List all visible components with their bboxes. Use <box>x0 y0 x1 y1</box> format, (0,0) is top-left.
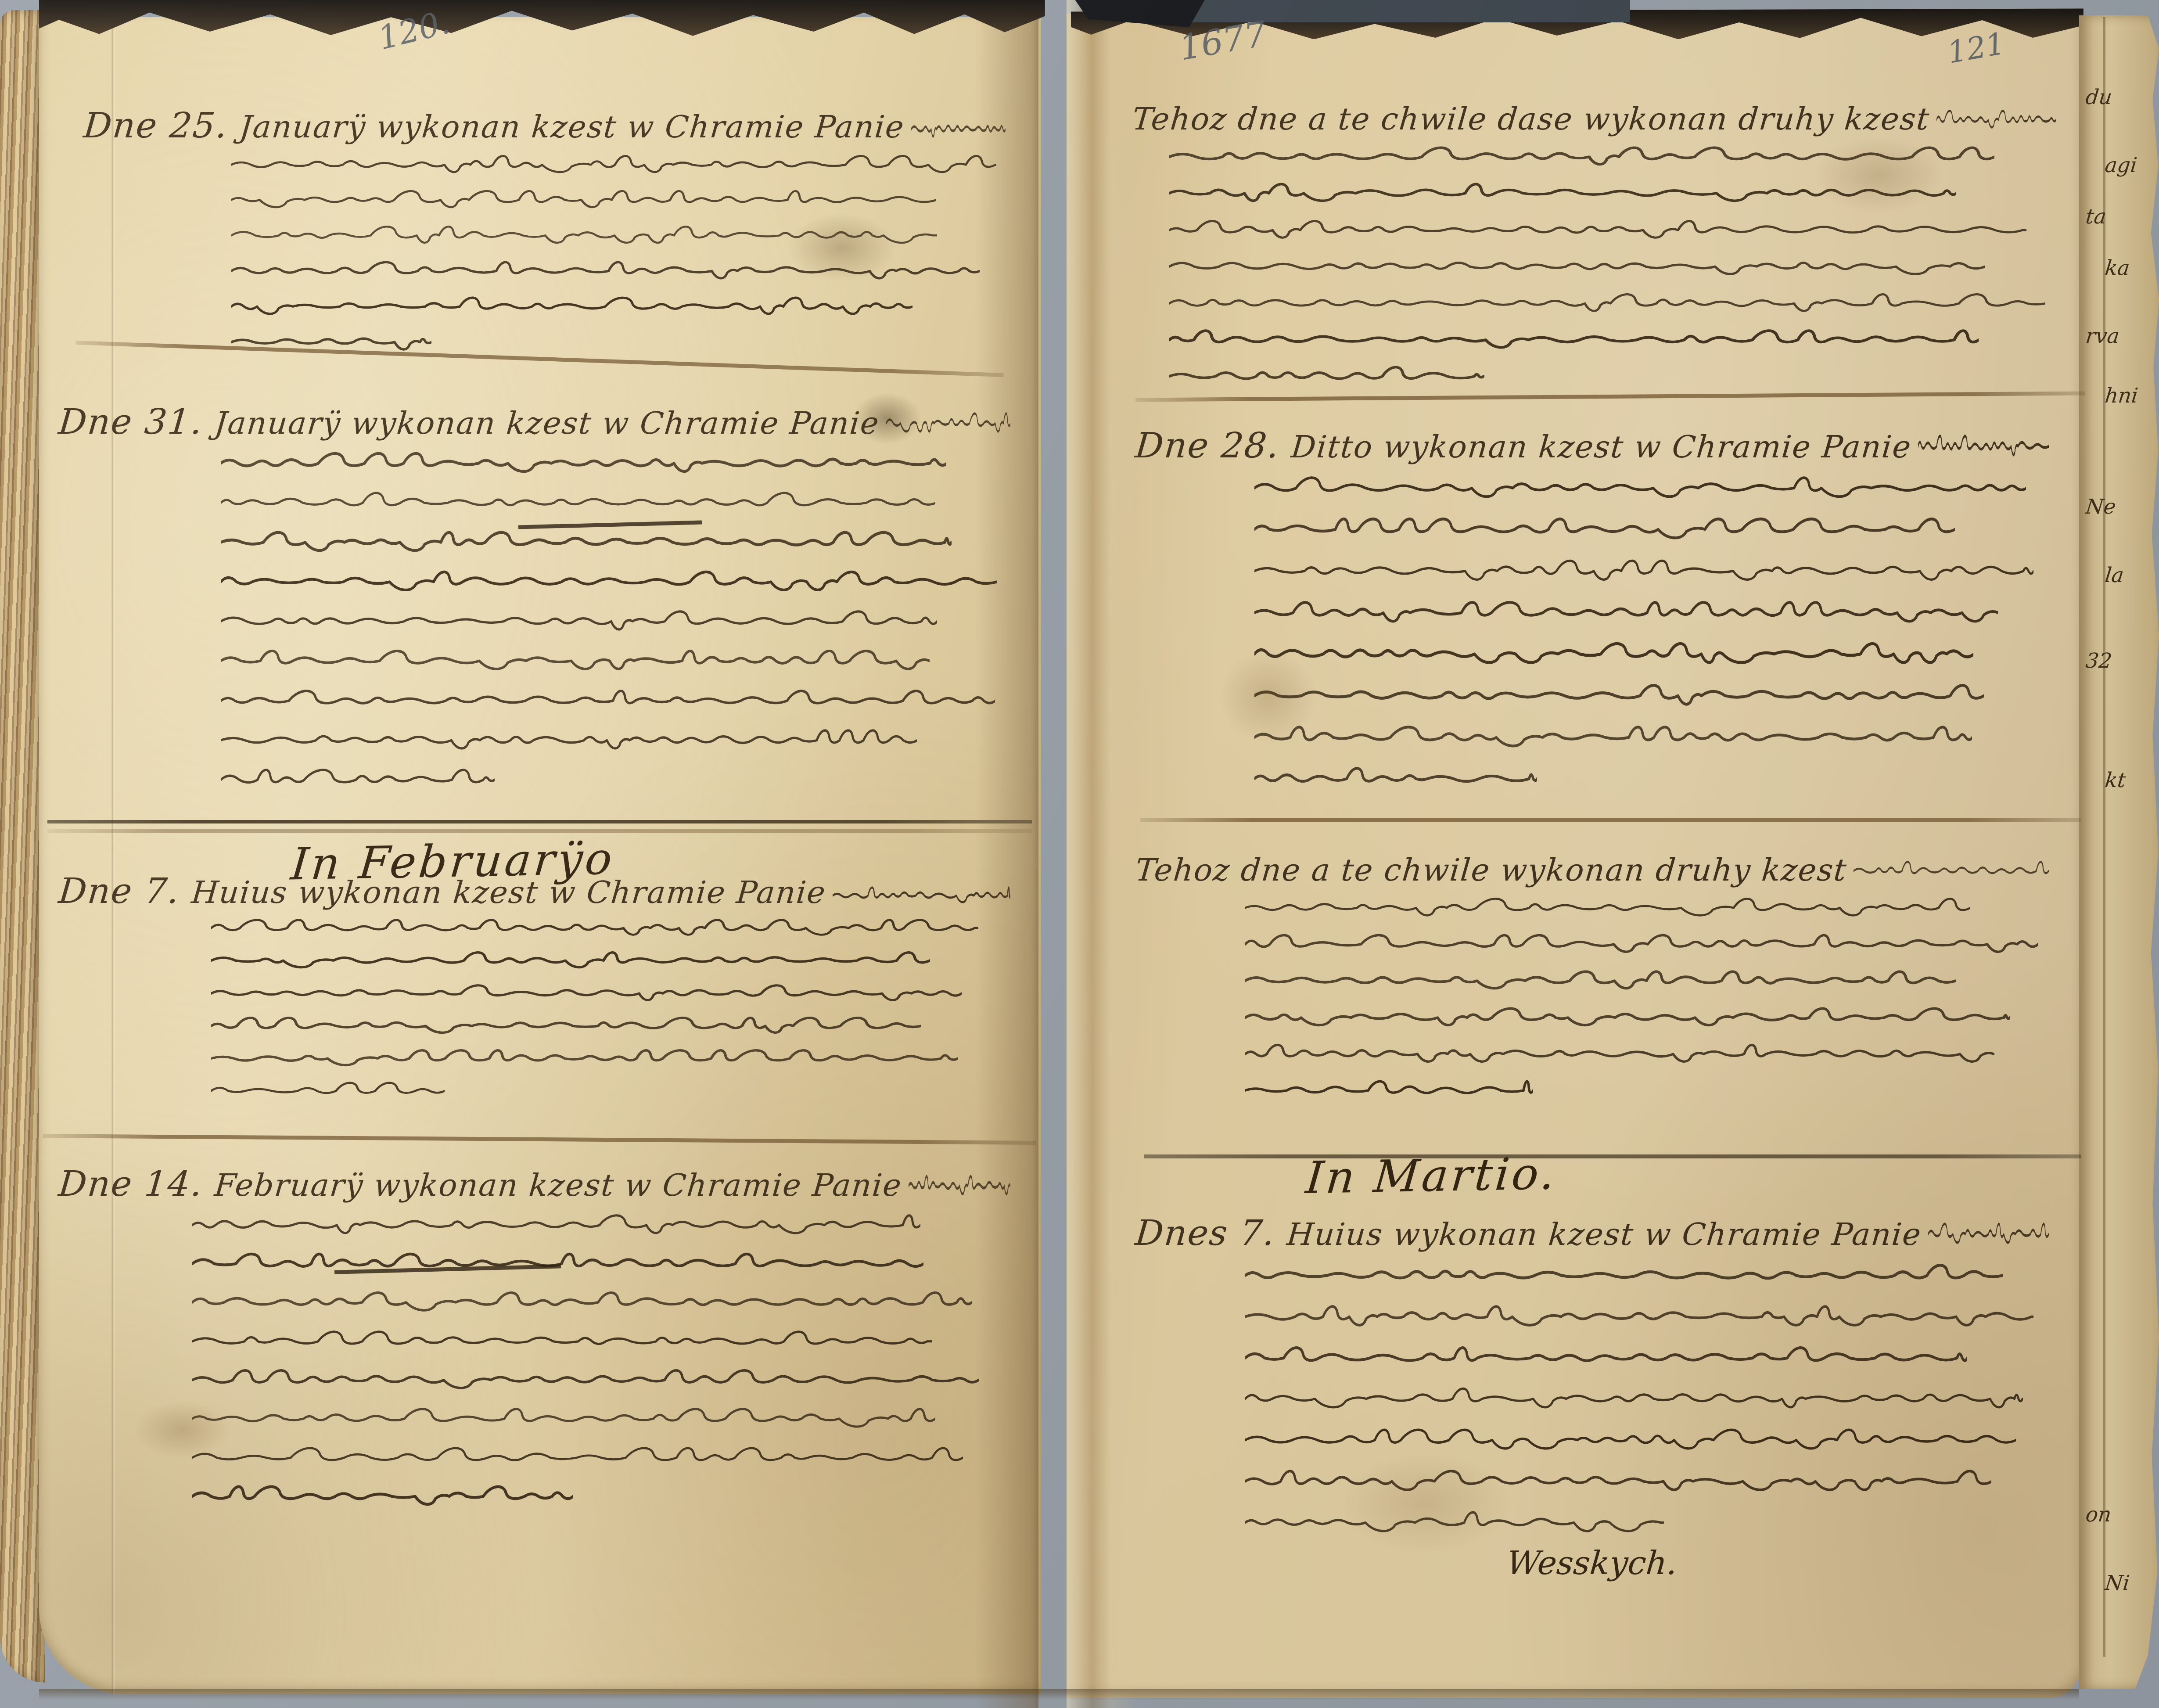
entry-lead: Tehoz dne a te chwile wykonan druhy kzes… <box>1134 855 1855 886</box>
handwriting-scribble <box>192 1290 972 1318</box>
handwriting-scribble <box>231 153 996 179</box>
handwriting-scribble <box>1254 640 1973 670</box>
month-heading-february: In Februarÿo <box>289 832 617 890</box>
handwriting-scribble <box>221 529 952 558</box>
handwriting-scribble <box>211 917 978 941</box>
handwriting-scribble <box>221 569 997 597</box>
handwriting-scribble <box>1245 1079 1533 1105</box>
entry-date-and-lead: Dnes 7. Huius wykonan kzest w Chramie Pa… <box>1134 1215 1930 1251</box>
handwriting-scribble <box>231 259 980 285</box>
entry-date-label: Dnes 7. <box>1134 1212 1289 1253</box>
entry-date-label: Dne 25. <box>82 105 242 146</box>
handwriting-scribble <box>1245 1006 2010 1032</box>
handwriting-line <box>211 974 1010 1006</box>
handwriting-line <box>1254 587 2049 629</box>
handwriting-scribble <box>211 983 962 1006</box>
handwriting-line <box>1254 546 2049 587</box>
handwriting-scribble <box>192 1406 935 1434</box>
baptism-entry-L1: Dne 25. Januarÿ wykonan kzest w Chramie … <box>84 108 1006 356</box>
handwriting-line <box>1245 1415 2049 1456</box>
handwriting-line <box>231 214 1006 250</box>
handwriting-line <box>192 1473 1011 1511</box>
handwriting-scribble <box>1169 145 1994 171</box>
handwriting-scribble <box>1254 682 1984 712</box>
handwriting-scribble <box>192 1445 963 1473</box>
handwriting-scribble <box>1245 1042 1994 1068</box>
handwriting-scribble <box>192 1367 979 1395</box>
handwriting-scribble <box>221 727 917 756</box>
handwriting-scribble <box>231 295 912 320</box>
handwriting-line <box>1245 1456 2049 1498</box>
fore-edge-text-fragment: la <box>2104 564 2125 587</box>
handwriting-scribble <box>1254 516 1955 546</box>
handwriting-scribble <box>231 224 937 249</box>
handwriting-scribble <box>1169 291 2045 318</box>
handwriting-line <box>231 179 1006 214</box>
fore-edge-text-fragment: rva <box>2084 324 2120 348</box>
register-page-right: Tehoz dne a te chwile dase wykonan druhy… <box>1067 14 2081 1698</box>
handwriting-scribble <box>1169 328 1979 354</box>
baptism-entry-R1: Tehoz dne a te chwile dase wykonan druhy… <box>1132 98 2056 391</box>
handwriting-scribble <box>1928 1221 2049 1251</box>
handwriting-scribble <box>221 490 935 518</box>
fore-edge-seam <box>2103 17 2105 1657</box>
handwriting-scribble <box>192 1212 921 1241</box>
handwriting-line <box>211 1039 1010 1071</box>
fore-edge-text-fragment: kt <box>2104 769 2127 792</box>
handwriting-scribble <box>221 450 946 479</box>
entry-date-label: Dne 14. <box>57 1163 217 1204</box>
book-cover-sliver <box>1133 0 1630 22</box>
handwriting-line <box>221 478 1011 518</box>
handwriting-scribble <box>1254 475 2026 504</box>
fore-edge-text-fragment: Ni <box>2104 1571 2131 1595</box>
handwriting-line <box>1169 354 2056 391</box>
handwriting-line <box>1245 1032 2049 1068</box>
handwriting-line <box>221 597 1011 637</box>
handwriting-scribble <box>192 1484 573 1512</box>
handwriting-line <box>1169 171 2056 208</box>
handwriting-line <box>231 143 1006 179</box>
entry-date-and-lead: Dne 25. Januarÿ wykonan kzest w Chramie … <box>83 108 913 143</box>
handwriting-line <box>1245 1333 2049 1374</box>
entry-separator-rule <box>1144 1154 2081 1158</box>
handwriting-line: Tehoz dne a te chwile dase wykonan druhy… <box>1132 98 2056 134</box>
handwriting-scribble <box>1254 765 1538 795</box>
handwriting-line: Dne 25. Januarÿ wykonan kzest w Chramie … <box>84 108 1006 143</box>
handwriting-line <box>192 1279 1011 1318</box>
handwriting-scribble <box>1854 859 2049 885</box>
handwriting-line <box>1245 959 2049 995</box>
handwriting-scribble <box>211 950 930 973</box>
entry-date-and-lead: Dne 31. Januarÿ wykonan kzest w Chramie … <box>57 404 888 439</box>
handwriting-scribble <box>1169 218 2026 245</box>
handwriting-line <box>1169 134 2056 171</box>
entry-separator-rule <box>1140 818 2081 822</box>
baptism-entry-R4: Dnes 7. Huius wykonan kzest w Chramie Pa… <box>1135 1209 2049 1580</box>
baptism-entry-R2: Dne 28. Ditto wykonan kzest w Chramie Pa… <box>1135 421 2049 795</box>
handwriting-line <box>1169 245 2056 281</box>
handwriting-line: Dnes 7. Huius wykonan kzest w Chramie Pa… <box>1135 1209 2049 1251</box>
handwriting-line <box>192 1356 1011 1395</box>
entry-separator-rule <box>47 820 1032 824</box>
handwriting-line <box>1254 463 2049 504</box>
handwriting-line <box>1169 208 2056 244</box>
handwriting-scribble <box>211 1015 921 1039</box>
handwriting-line: Dne 31. Januarÿ wykonan kzest w Chramie … <box>59 399 1010 439</box>
deckle-page-edges-left <box>0 10 45 1682</box>
handwriting-line <box>192 1201 1011 1240</box>
handwriting-scribble <box>1245 1385 2023 1415</box>
handwriting-scribble <box>1169 255 1985 281</box>
entry-date-label: Dne 28. <box>1134 425 1293 466</box>
baptism-entry-L3: Dne 7. Huius wykonan kzest w Chramie Pan… <box>59 876 1010 1104</box>
handwriting-line <box>1245 922 2049 959</box>
gutter-fold <box>1067 0 1140 1708</box>
handwriting-line <box>211 1072 1010 1104</box>
handwriting-scribble <box>211 1080 444 1104</box>
handwriting-line <box>1254 629 2049 671</box>
handwriting-line <box>192 1434 1011 1473</box>
entry-final-word: Wesskych. <box>1134 1547 2050 1580</box>
handwriting-scribble <box>192 1329 932 1357</box>
handwriting-line: Tehoz dne a te chwile wykonan druhy kzes… <box>1135 849 2049 885</box>
handwriting-scribble <box>1245 969 1956 995</box>
handwriting-scribble <box>1254 557 2033 587</box>
handwriting-scribble <box>1936 108 2056 134</box>
handwriting-line <box>1254 712 2049 754</box>
baptism-entry-R3: Tehoz dne a te chwile wykonan druhy kzes… <box>1135 849 2049 1105</box>
fore-edge-text-fragment: agi <box>2104 154 2138 177</box>
fore-edge-text-fragment: du <box>2084 86 2113 109</box>
handwriting-scribble <box>231 188 936 214</box>
bottom-page-shadow <box>39 1689 2079 1699</box>
handwriting-line <box>1169 281 2056 317</box>
fore-edge-text-fragment: 32 <box>2084 649 2113 673</box>
entry-date-label: Dne 31. <box>57 401 217 442</box>
handwriting-scribble <box>1245 1345 1967 1374</box>
photograph-background: Dne 25. Januarÿ wykonan kzest w Chramie … <box>0 0 2159 1708</box>
handwriting-line <box>1245 885 2049 922</box>
handwriting-line <box>1245 1498 2049 1539</box>
handwriting-scribble <box>1245 1262 2003 1292</box>
fore-edge-text-fragment: ka <box>2104 256 2131 280</box>
handwriting-line <box>1245 1374 2049 1415</box>
handwriting-line <box>231 285 1006 320</box>
handwriting-line: Dne 14. Februarÿ wykonan kzest w Chramie… <box>59 1163 1010 1201</box>
handwriting-line <box>221 676 1011 716</box>
fore-edge-text-fragment: ta <box>2084 205 2107 229</box>
handwriting-line <box>1245 995 2049 1032</box>
handwriting-line <box>1245 1251 2049 1292</box>
baptism-entry-L4: Dne 14. Februarÿ wykonan kzest w Chramie… <box>59 1163 1010 1512</box>
handwriting-line <box>211 941 1010 974</box>
handwriting-line <box>1169 318 2056 354</box>
baptism-entry-L2: Dne 31. Januarÿ wykonan kzest w Chramie … <box>59 399 1010 795</box>
handwriting-scribble <box>1245 1468 1992 1498</box>
handwriting-line <box>211 1006 1010 1039</box>
entry-separator-rule <box>47 829 1032 833</box>
handwriting-line <box>1245 1292 2049 1333</box>
handwriting-line <box>221 756 1011 795</box>
handwriting-line <box>192 1318 1011 1356</box>
handwriting-line <box>192 1240 1011 1279</box>
handwriting-line <box>1254 754 2049 795</box>
entry-date-and-lead: Dne 14. Februarÿ wykonan kzest w Chramie… <box>57 1166 910 1201</box>
entry-date-label: Dne 7. <box>57 870 194 911</box>
gutter-shadow <box>976 0 1038 1708</box>
handwriting-scribble <box>1245 1303 2033 1333</box>
handwriting-line <box>221 439 1011 478</box>
handwriting-scribble <box>1245 1509 1664 1539</box>
handwriting-scribble <box>1245 896 1970 922</box>
handwriting-line <box>1245 1068 2049 1105</box>
entry-lead: Tehoz dne a te chwile dase wykonan druhy… <box>1131 104 1938 135</box>
entry-date-and-lead: Dne 28. Ditto wykonan kzest w Chramie Pa… <box>1134 428 1920 463</box>
handwriting-scribble <box>1254 599 1998 629</box>
handwriting-scribble <box>221 688 995 716</box>
handwriting-line <box>221 637 1011 676</box>
handwriting-line <box>221 716 1011 755</box>
fore-edge-text-fragment: Ne <box>2084 495 2117 519</box>
handwriting-scribble <box>1918 433 2049 463</box>
handwriting-scribble <box>221 608 937 637</box>
handwriting-line <box>1254 504 2049 546</box>
handwriting-scribble <box>1245 932 2038 959</box>
handwriting-scribble <box>1254 724 1972 754</box>
fore-edge-text-fragment: hni <box>2104 384 2139 408</box>
handwriting-scribble <box>221 648 930 676</box>
handwriting-scribble <box>1245 1427 2016 1456</box>
fore-edge-text-fragment: on <box>2084 1503 2112 1527</box>
handwriting-line: Dne 28. Ditto wykonan kzest w Chramie Pa… <box>1135 421 2049 463</box>
handwriting-line <box>211 908 1010 941</box>
handwriting-line <box>221 558 1011 597</box>
handwriting-line <box>1254 670 2049 712</box>
handwriting-line <box>231 249 1006 285</box>
handwriting-scribble <box>1169 364 1484 391</box>
handwriting-scribble <box>211 1048 958 1071</box>
handwriting-scribble <box>221 767 495 795</box>
handwriting-scribble <box>1169 181 1956 208</box>
handwriting-line <box>192 1395 1011 1434</box>
